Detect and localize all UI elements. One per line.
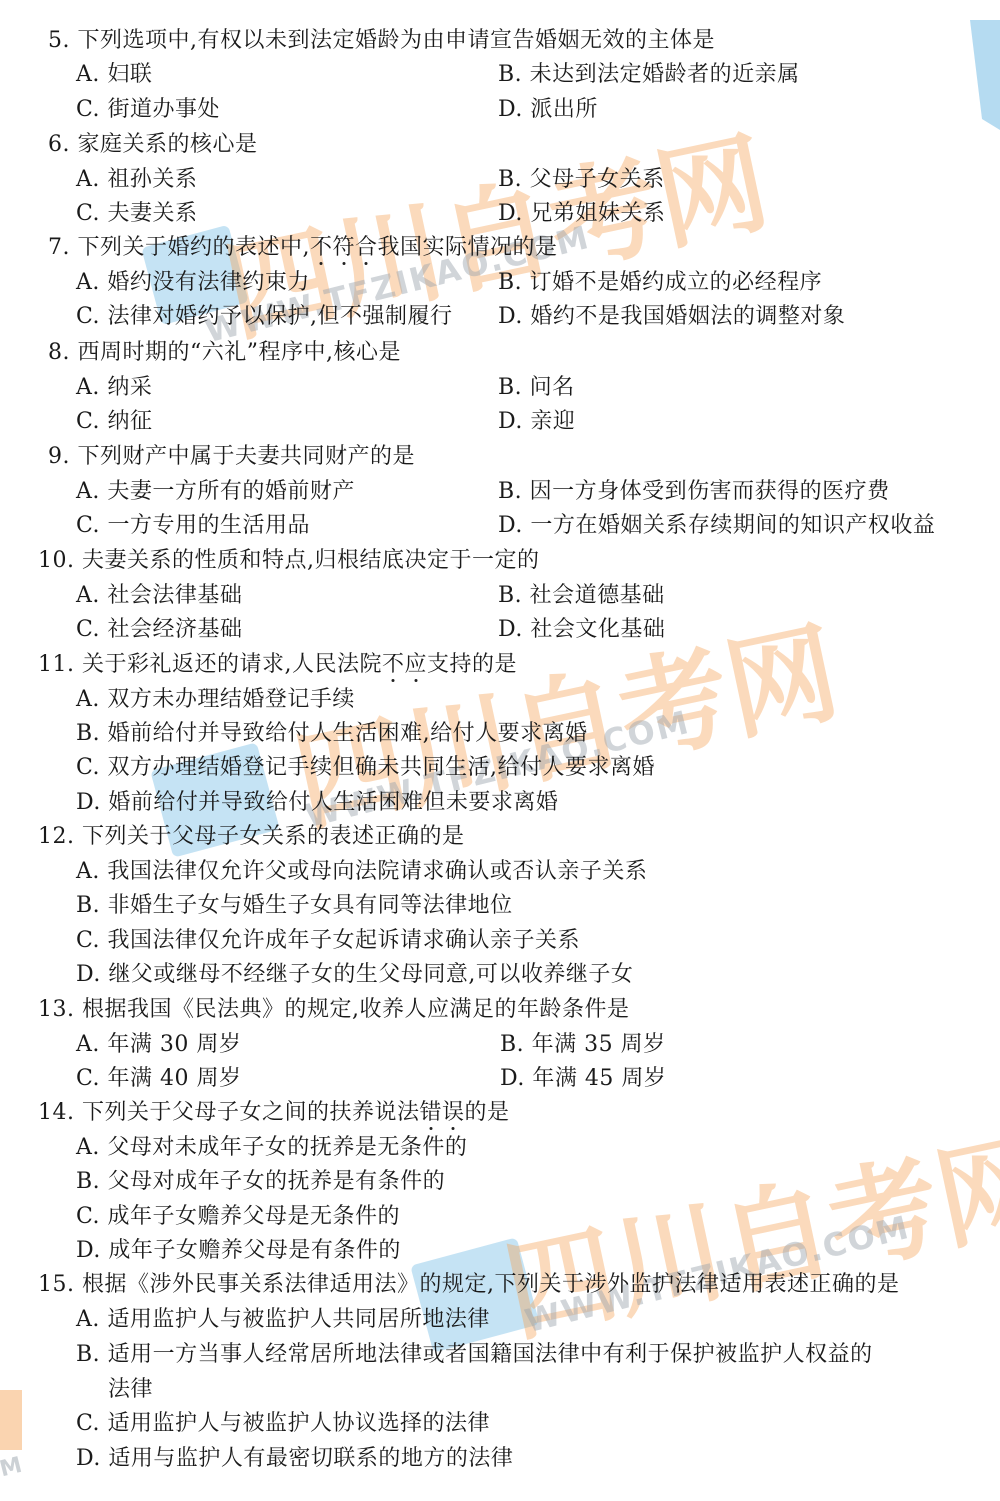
question-13-option-b: B. 年满 35 周岁: [500, 1030, 666, 1060]
question-13-stem: 13. 根据我国《民法典》的规定,收养人应满足的年龄条件是: [38, 995, 630, 1025]
question-6-option-c: C. 夫妻关系: [76, 199, 198, 229]
question-7-option-c: C. 法律对婚约予以保护,但不强制履行: [76, 302, 453, 332]
question-5-option-d: D. 派出所: [498, 95, 598, 125]
question-7-stem: 7. 下列关于婚约的表述中,不符合我国实际情况的是: [48, 233, 558, 263]
question-14-option-c: C. 成年子女赡养父母是无条件的: [76, 1202, 400, 1232]
question-12-stem: 12. 下列关于父母子女关系的表述正确的是: [38, 822, 465, 852]
question-6-option-d: D. 兄弟姐妹关系: [498, 199, 665, 229]
emphasis-char: 不: [382, 652, 405, 677]
question-7-option-d: D. 婚约不是我国婚姻法的调整对象: [498, 302, 845, 332]
question-5-option-c: C. 街道办事处: [76, 95, 220, 125]
emphasis-char: 符: [333, 235, 356, 260]
question-12-option-c: C. 我国法律仅允许成年子女起诉请求确认亲子关系: [76, 926, 580, 956]
question-14-option-d: D. 成年子女赡养父母是有条件的: [76, 1236, 401, 1266]
emphasis-char: 不: [310, 235, 333, 260]
question-11-option-d: D. 婚前给付并导致给付人生活困难但未要求离婚: [76, 788, 558, 818]
question-10-option-b: B. 社会道德基础: [498, 581, 665, 611]
question-15-option-d: D. 适用与监护人有最密切联系的地方的法律: [76, 1444, 513, 1474]
question-14-option-b: B. 父母对成年子女的抚养是有条件的: [76, 1167, 445, 1197]
question-8-option-b: B. 问名: [498, 373, 575, 403]
question-10-option-a: A. 社会法律基础: [76, 581, 242, 611]
question-13-option-a: A. 年满 30 周岁: [76, 1030, 241, 1060]
watermark-text-corner: M: [0, 1453, 25, 1483]
watermark-logo-corner-top-right: [970, 20, 1000, 130]
question-11-option-a: A. 双方未办理结婚登记手续: [76, 685, 355, 715]
emphasis-char: 错: [420, 1100, 443, 1125]
question-15-stem: 15. 根据《涉外民事关系法律适用法》的规定,下列关于涉外监护法律适用表述正确的…: [38, 1270, 900, 1300]
question-11-option-c: C. 双方办理结婚登记手续但确未共同生活,给付人要求离婚: [76, 753, 655, 783]
question-9-option-d: D. 一方在婚姻关系存续期间的知识产权收益: [498, 511, 935, 541]
question-15-option-b: B. 适用一方当事人经常居所地法律或者国籍国法律中有利于保护被监护人权益的: [76, 1340, 873, 1370]
question-5-stem: 5. 下列选项中,有权以未到法定婚龄为由申请宣告婚姻无效的主体是: [48, 26, 715, 56]
question-5-option-a: A. 妇联: [76, 60, 152, 90]
question-12-option-b: B. 非婚生子女与婚生子女具有同等法律地位: [76, 891, 513, 921]
question-8-option-d: D. 亲迎: [498, 407, 575, 437]
question-9-option-c: C. 一方专用的生活用品: [76, 511, 310, 541]
question-10-option-d: D. 社会文化基础: [498, 615, 665, 645]
question-11-stem: 11. 关于彩礼返还的请求,人民法院不应支持的是: [38, 650, 517, 680]
question-15-option-b-continued: 法律: [108, 1375, 153, 1405]
question-15-option-c: C. 适用监护人与被监护人协议选择的法律: [76, 1409, 490, 1439]
question-6-option-b: B. 父母子女关系: [498, 165, 665, 195]
question-9-option-b: B. 因一方身体受到伤害而获得的医疗费: [498, 477, 890, 507]
emphasis-char: 应: [405, 652, 428, 677]
exam-page: M 四川自考网 WWW.TFZIKAO.COM 四川自考网 WWW.TFZIKA…: [0, 0, 1000, 1501]
question-9-stem: 9. 下列财产中属于夫妻共同财产的是: [48, 442, 415, 472]
question-10-stem: 10. 夫妻关系的性质和特点,归根结底决定于一定的: [38, 546, 540, 576]
question-9-option-a: A. 夫妻一方所有的婚前财产: [76, 477, 355, 507]
question-14-stem: 14. 下列关于父母子女之间的扶养说法错误的是: [38, 1098, 510, 1128]
question-11-option-b: B. 婚前给付并导致给付人生活困难,给付人要求离婚: [76, 719, 588, 749]
question-8-option-c: C. 纳征: [76, 407, 153, 437]
emphasis-char: 误: [442, 1100, 465, 1125]
question-13-option-d: D. 年满 45 周岁: [500, 1064, 666, 1094]
question-12-option-d: D. 继父或继母不经继子女的生父母同意,可以收养继子女: [76, 960, 633, 990]
emphasis-char: 合: [355, 235, 378, 260]
question-8-stem: 8. 西周时期的“六礼”程序中,核心是: [48, 338, 401, 368]
question-15-option-a: A. 适用监护人与被监护人共同居所地法律: [76, 1305, 490, 1335]
watermark-logo-corner-bottom-left: [0, 1390, 22, 1450]
question-12-option-a: A. 我国法律仅允许父或母向法院请求确认或否认亲子关系: [76, 857, 647, 887]
question-14-option-a: A. 父母对未成年子女的抚养是无条件的: [76, 1133, 467, 1163]
question-5-option-b: B. 未达到法定婚龄者的近亲属: [498, 60, 800, 90]
question-10-option-c: C. 社会经济基础: [76, 615, 243, 645]
question-6-stem: 6. 家庭关系的核心是: [48, 130, 258, 160]
question-8-option-a: A. 纳采: [76, 373, 152, 403]
question-7-option-b: B. 订婚不是婚约成立的必经程序: [498, 268, 822, 298]
question-13-option-c: C. 年满 40 周岁: [76, 1064, 242, 1094]
question-6-option-a: A. 祖孙关系: [76, 165, 197, 195]
question-7-option-a: A. 婚约没有法律约束力: [76, 268, 310, 298]
